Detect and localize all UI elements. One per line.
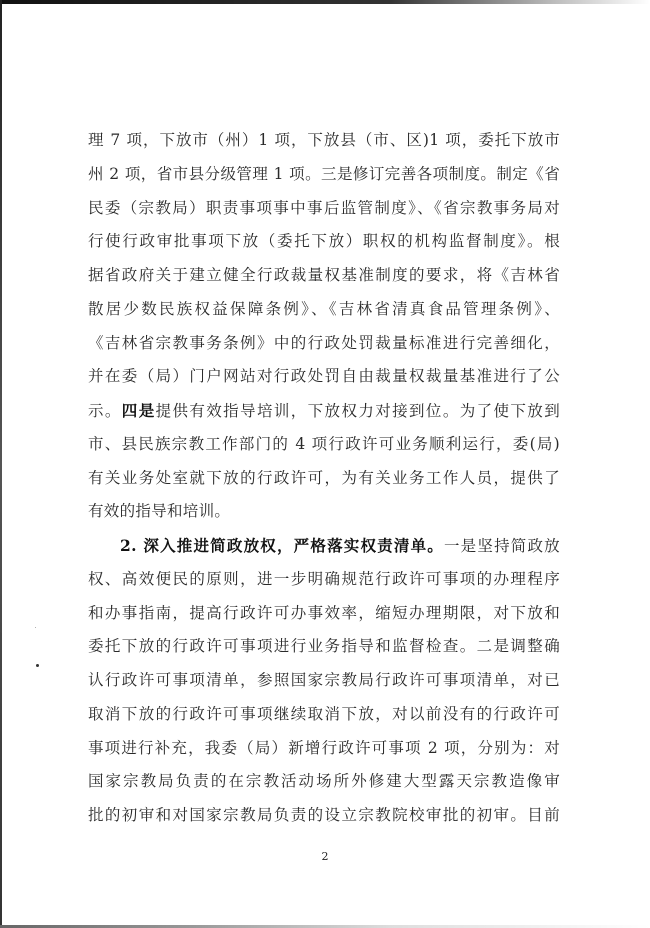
text-run: 一是坚持简政放: [444, 537, 560, 555]
text-line: 国家宗教局负责的在宗教活动场所外修建大型露天宗教造像审: [88, 765, 560, 799]
text-line: 市、县民族宗教工作部门的 4 项行政许可业务顺利运行，委(局): [88, 428, 560, 462]
text-line: 事项进行补充，我委（局）新增行政许可事项 2 项，分别为：对: [88, 732, 560, 766]
text-line: 示。四是提供有效指导培训，下放权力对接到位。为了使下放到: [88, 394, 560, 428]
document-body: 理 7 项，下放市（州）1 项，下放县（市、区)1 项，委托下放市 州 2 项，…: [88, 124, 560, 833]
page-number: 2: [0, 850, 650, 863]
text-line: 取消下放的行政许可事项继续取消下放，对以前没有的行政许可: [88, 698, 560, 732]
bold-marker: 四是: [122, 401, 156, 420]
section-heading-line: 2. 深入推进简政放权，严格落实权责清单。一是坚持简政放: [88, 529, 560, 563]
scan-speck: [36, 664, 39, 667]
section-heading: 2. 深入推进简政放权，严格落实权责清单。: [120, 536, 444, 555]
text-line: 据省政府关于建立健全行政裁量权基准制度的要求，将《吉林省: [88, 259, 560, 293]
text-run: 提供有效指导培训，下放权力对接到位。为了使下放到: [156, 402, 560, 420]
text-line: 有效的指导和培训。: [88, 495, 560, 529]
text-line: 《吉林省宗教事务条例》中的行政处罚裁量标准进行完善细化，: [88, 327, 560, 361]
text-line: 有关业务处室就下放的行政许可，为有关业务工作人员，提供了: [88, 462, 560, 496]
text-line: 行使行政审批事项下放（委托下放）职权的机构监督制度》。根: [88, 225, 560, 259]
text-line: 州 2 项，省市县分级管理 1 项。三是修订完善各项制度。制定《省: [88, 158, 560, 192]
text-line: 批的初审和对国家宗教局负责的设立宗教院校审批的初审。目前: [88, 799, 560, 833]
text-line: 和办事指南，提高行政许可办事效率，缩短办理期限，对下放和: [88, 597, 560, 631]
text-line: 委托下放的行政许可事项进行业务指导和监督检查。二是调整确: [88, 630, 560, 664]
scan-edge-left: [0, 0, 2, 928]
text-line: 认行政许可事项清单，参照国家宗教局行政许可事项清单，对已: [88, 664, 560, 698]
text-line: 散居少数民族权益保障条例》、《吉林省清真食品管理条例》、: [88, 293, 560, 327]
text-run: 示。: [88, 402, 122, 420]
scan-speck: [35, 627, 36, 628]
text-line: 并在委（局）门户网站对行政处罚自由裁量权裁量基准进行了公: [88, 360, 560, 394]
text-line: 民委（宗教局）职责事项事中事后监管制度》、《省宗教事务局对: [88, 192, 560, 226]
scan-edge-top: [0, 0, 650, 4]
text-line: 权、高效便民的原则，进一步明确规范行政许可事项的办理程序: [88, 563, 560, 597]
text-line: 理 7 项，下放市（州）1 项，下放县（市、区)1 项，委托下放市: [88, 124, 560, 158]
